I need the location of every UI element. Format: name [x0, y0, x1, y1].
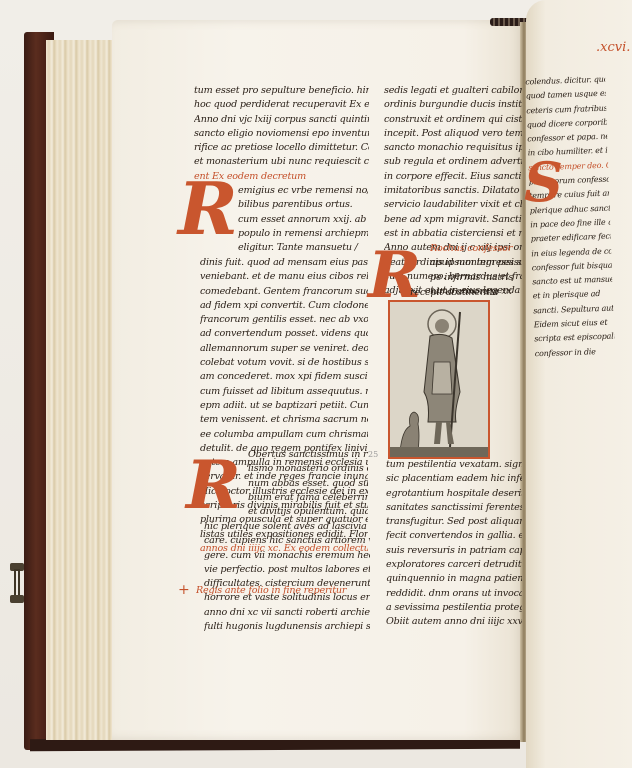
- text-line: comedebant. Gentem francorum suo doctrin…: [200, 285, 368, 299]
- text-line: fulti hugonis lugdunensis archiepi sub a…: [204, 620, 370, 634]
- left-column-lower-indented: Obertus sanctissimus in ruo/ lismo monas…: [248, 448, 368, 519]
- text-line: bene ad xpm migravit. Sancti hic mans pa: [384, 213, 522, 227]
- saint-figure-icon: [390, 302, 488, 457]
- text-line: ad convertendum posset. videns quod infi…: [200, 327, 368, 341]
- page-edges: [46, 40, 118, 740]
- text-line: servicio laudabiliter vixit et clarus vi…: [384, 198, 522, 212]
- text-line: num abbas esset. quod sub eo: [248, 477, 368, 491]
- decorated-initial-r: R: [178, 166, 238, 251]
- text-line: tum esset pro sepulture beneficio. hinc …: [194, 84, 369, 98]
- text-line: vie perfectio. post multos labores et it…: [204, 563, 370, 577]
- text-line: et divitijs opulentum. quia: [248, 505, 368, 519]
- left-column-lower-body: hic plerique solent aves ad lascivia pro…: [204, 520, 370, 634]
- left-column-footer: Regis ante folio in fine reperitur: [196, 584, 368, 598]
- text-line: allemannorum super se veniret. deo deum …: [200, 342, 368, 356]
- text-line: sic placentiam eadem hic infectam: [386, 472, 522, 486]
- folio-number: .xcvi.: [596, 40, 630, 55]
- text-line: epm adiit. ut se baptizari petiit. Cumqu…: [200, 399, 368, 413]
- text-line: cum esset annorum xxij. ab om: [238, 213, 368, 227]
- text-line: reddidit. dnm orans ut invocantes: [386, 587, 522, 601]
- text-line: fecit convertendos in gallia. eius: [386, 529, 522, 543]
- left-column-indented: emigius ec vrbe remensi no/ bilibus pare…: [238, 184, 368, 255]
- right-column-lower: tum pestilentia vexatam. signo crucis si…: [386, 458, 522, 630]
- text-line: sub regula et ordinem advertit. Cetum: [384, 155, 522, 169]
- rubric-heading: Rochus confessor: [430, 242, 522, 256]
- text-line: gere. cum vii monachis eremum hec vi/: [204, 549, 370, 563]
- text-line: rifice ac pretiose locello dimittetur. C…: [194, 141, 369, 155]
- text-line: tum pestilentia vexatam. signo crucis: [386, 458, 522, 472]
- text-line: Obertus sanctissimus in ruo/: [248, 448, 368, 462]
- text-line: transfugitur. Sed post aliquantum passus: [386, 515, 522, 529]
- text-line: suis reversuris in patriam captus: [386, 544, 522, 558]
- text-line: sancto monachio requisitus ipsum monaste…: [384, 141, 522, 155]
- saint-roch-woodcut-illustration: [388, 300, 490, 459]
- text-line: lismo monasterio ordinis cisterc/: [248, 462, 368, 476]
- facing-page-column: colendus. dicitur. quod ipsius reges quo…: [525, 73, 615, 362]
- text-line: care. cupiens hic sanctus artiorem vitam…: [204, 534, 370, 548]
- text-line: ee columba ampullam cum chrismate in ros…: [200, 428, 368, 442]
- text-line: emigius ec vrbe remensi no/: [238, 184, 368, 198]
- text-line: sancto eligio noviomensi epo inventum es…: [194, 127, 369, 141]
- text-line: anno dni xc vii sancti roberti archiepis…: [204, 606, 370, 620]
- text-line: populo in remensi archiepm: [238, 227, 368, 241]
- text-line: cum fuisset ad libitum assequutus. remig…: [200, 385, 368, 399]
- text-line: Obiit autem anno dni iiijc xxvij: [386, 615, 522, 629]
- text-line: confessor in die: [535, 344, 615, 361]
- decorated-initial-r: R: [186, 446, 241, 524]
- text-line: egrotantium hospitale deserit: [386, 487, 522, 501]
- text-line: francorum gentilis esset. nec ab vxore x…: [200, 313, 368, 327]
- text-line: eligitur. Tante mansuetu /: [238, 241, 368, 255]
- text-line: bilibus parentibus ortus.: [238, 198, 368, 212]
- text-line: dinis fuit. quod ad mensam eius passeres: [200, 256, 368, 270]
- text-line: tem venissent. et chrisma sacrum non hab…: [200, 413, 368, 427]
- text-line: am concederet. mox xpi fidem susciperet.…: [200, 370, 368, 384]
- text-line: ordinis burgundie ducis instituti deince…: [384, 98, 522, 112]
- text-line: hic plerique solent aves ad lascivia pro…: [204, 520, 370, 534]
- text-line: incepit. Post aliquod vero tempus audito: [384, 127, 522, 141]
- text-line: in corpore effecit. Eius sancti abbatis: [384, 170, 522, 184]
- text-line: ad fidem xpi convertit. Cum clodoneus re…: [200, 299, 368, 313]
- text-line: Anno dni vjc lxiij corpus sancti quintin…: [194, 113, 369, 127]
- text-line: pe infirmis matris: [430, 271, 522, 285]
- text-line: bium erat fama celeberrimum.: [248, 491, 368, 505]
- text-line: sedis legati et gualteri cabilonensis ep…: [384, 84, 522, 98]
- text-line: imitatoribus sanctis. Dilatato sancto qu…: [384, 184, 522, 198]
- pencil-annotation: 25: [368, 450, 378, 459]
- text-line: veniebant. et de manu eius cibos reliquo…: [200, 270, 368, 284]
- text-line: recepit abstinentia: [410, 286, 522, 300]
- text-line: a sevissima pestilentia protegerentur: [386, 601, 522, 615]
- text-line: exploratores carceri detruditur. Ibi: [386, 558, 522, 572]
- text-line: sanitates sanctissimi ferentes: [386, 501, 522, 515]
- text-line: scripta est episcopalis: [534, 330, 614, 347]
- text-line: apud montem pessulanum: [430, 256, 522, 270]
- right-column-caption-line: recepit abstinentia: [410, 286, 522, 300]
- text-line: hoc quod perdiderat recuperavit Ex eodem: [194, 98, 369, 112]
- cross-mark: +: [178, 582, 190, 598]
- rubric-note: Regis ante folio in fine reperitur: [196, 584, 368, 598]
- decorated-initial-s: S: [524, 150, 563, 214]
- text-line: construxit et ordinem qui cisterciensis …: [384, 113, 522, 127]
- text-line: quinquennio in magna patientia: [386, 572, 522, 586]
- text-line: colebat votum vovit. si de hostibus sibi…: [200, 356, 368, 370]
- clasp-icon: [10, 563, 24, 603]
